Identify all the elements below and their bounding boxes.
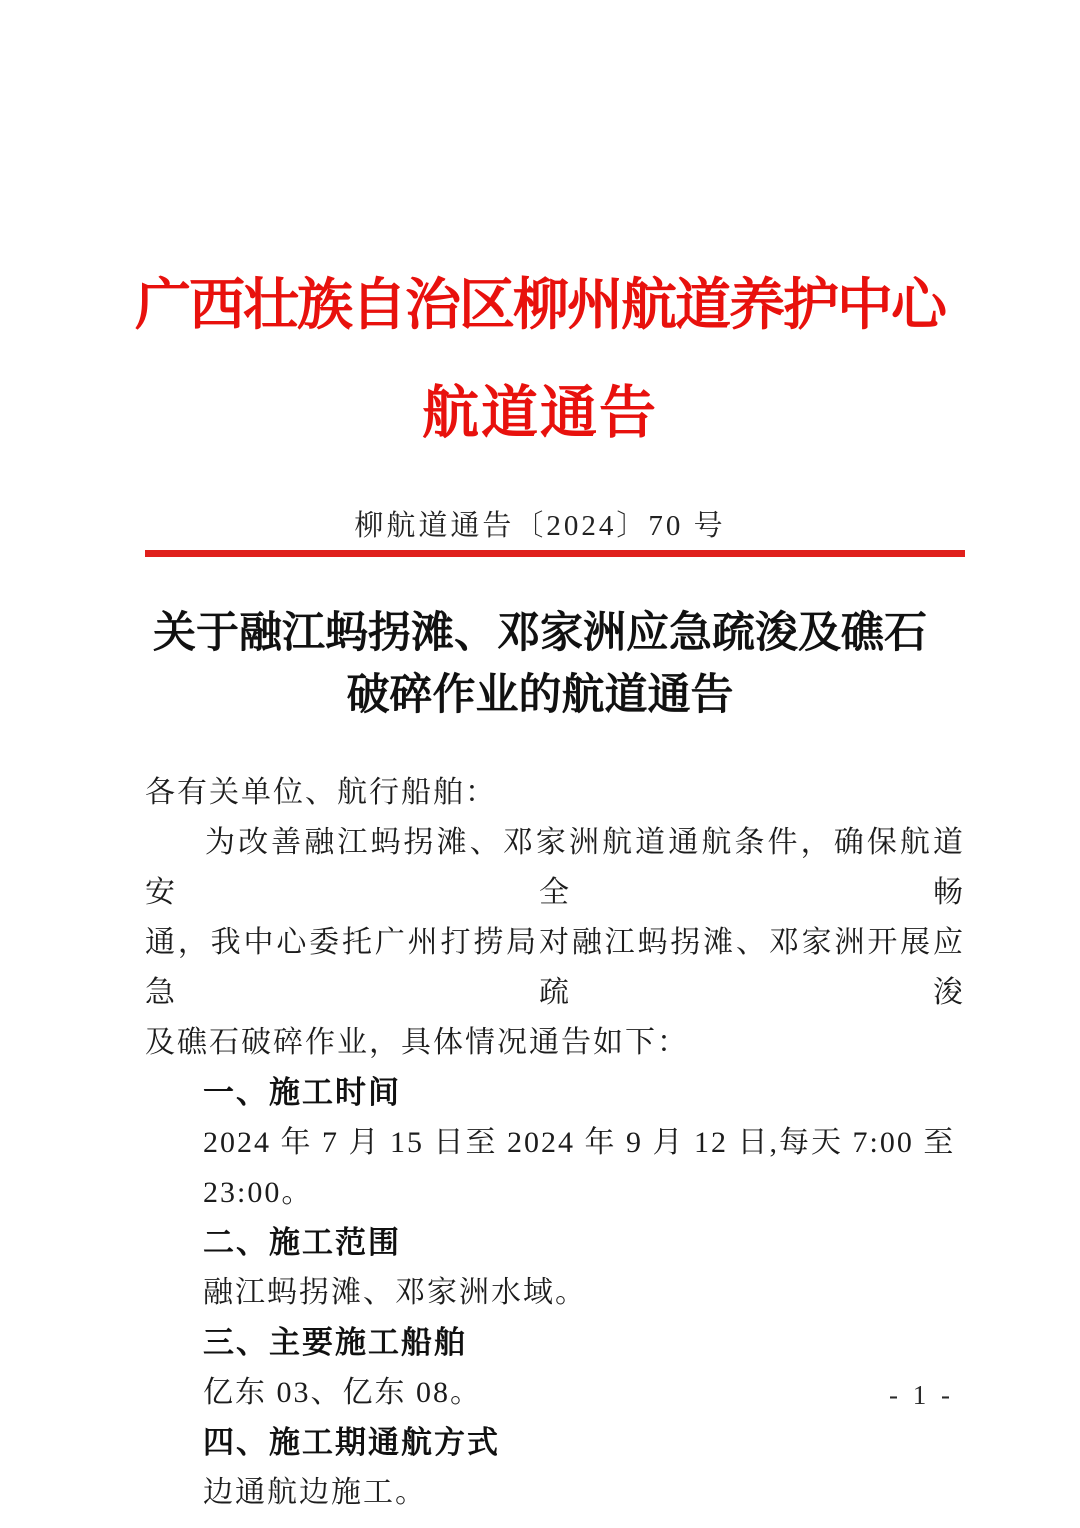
document-page: 广西壮族自治区柳州航道养护中心 航道通告 柳航道通告〔2024〕70 号 关于融… xyxy=(0,0,1080,1528)
section-content-construction-scope: 融江蚂拐滩、邓家洲水域。 xyxy=(145,1268,965,1318)
section-heading-navigation-mode: 四、施工期通航方式 xyxy=(145,1418,965,1468)
notice-title-line2: 破碎作业的航道通告 xyxy=(0,665,1080,727)
doc-number: 柳航道通告〔2024〕70 号 xyxy=(0,506,1080,546)
letterhead-red-rule xyxy=(145,550,965,557)
intro-line: 为改善融江蚂拐滩、邓家洲航道通航条件，确保航道安全畅 xyxy=(145,818,965,918)
salutation: 各有关单位、航行船舶： xyxy=(145,768,965,818)
intro-line: 及礁石破碎作业，具体情况通告如下： xyxy=(145,1018,965,1068)
intro-line: 通，我中心委托广州打捞局对融江蚂拐滩、邓家洲开展应急疏浚 xyxy=(145,918,965,1018)
notice-title: 关于融江蚂拐滩、邓家洲应急疏浚及礁石 破碎作业的航道通告 xyxy=(0,603,1080,727)
section-content-main-vessels: 亿东 03、亿东 08。 xyxy=(145,1368,965,1418)
org-title-line2: 航道通告 xyxy=(0,372,1080,456)
org-title-line1: 广西壮族自治区柳州航道养护中心 xyxy=(0,270,1080,342)
notice-title-line1: 关于融江蚂拐滩、邓家洲应急疏浚及礁石 xyxy=(0,603,1080,665)
section-heading-construction-time: 一、施工时间 xyxy=(145,1068,965,1118)
section-heading-construction-scope: 二、施工范围 xyxy=(145,1218,965,1268)
section-content-construction-time: 2024 年 7 月 15 日至 2024 年 9 月 12 日,每天 7:00… xyxy=(145,1118,965,1218)
page-number: - 1 - xyxy=(889,1380,954,1411)
section-heading-main-vessels: 三、主要施工船舶 xyxy=(145,1318,965,1368)
notice-body: 各有关单位、航行船舶： 为改善融江蚂拐滩、邓家洲航道通航条件，确保航道安全畅 通… xyxy=(145,768,965,1518)
section-content-navigation-mode: 边通航边施工。 xyxy=(145,1468,965,1518)
